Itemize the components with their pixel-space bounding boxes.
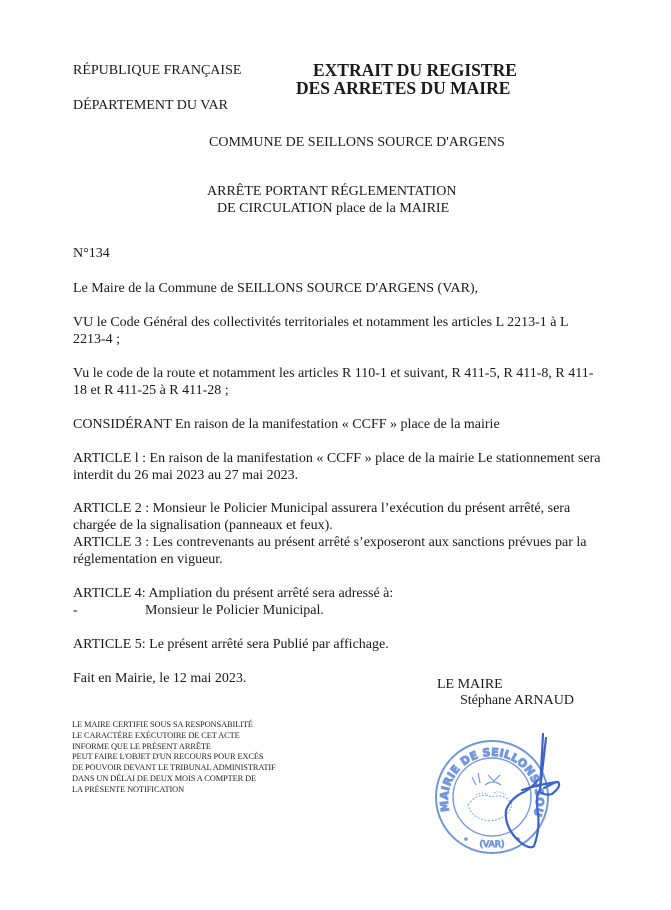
fait-en-mairie-date: Fait en Mairie, le 12 mai 2023.	[73, 670, 603, 687]
commune-heading: COMMUNE DE SEILLONS SOURCE D'ARGENS	[209, 134, 505, 151]
recipient-text: Monsieur le Policier Municipal.	[145, 602, 324, 619]
departement-label: DÉPARTEMENT DU VAR	[73, 97, 228, 114]
considerant-paragraph: CONSIDÉRANT En raison de la manifestatio…	[73, 416, 603, 433]
vu-code-route-paragraph: Vu le code de la route et notamment les …	[73, 365, 598, 399]
list-dash: -	[73, 602, 145, 619]
article-5-paragraph: ARTICLE 5: Le présent arrêté sera Publié…	[73, 636, 603, 653]
article-4-paragraph: ARTICLE 4: Ampliation du présent arrêté …	[73, 585, 603, 602]
intro-paragraph: Le Maire de la Commune de SEILLONS SOURC…	[73, 280, 603, 297]
arrete-title-line1: ARRÊTE PORTANT RÉGLEMENTATION	[207, 183, 456, 200]
republique-francaise-label: RÉPUBLIQUE FRANÇAISE	[73, 62, 241, 79]
article-1-paragraph: ARTICLE l : En raison de la manifestatio…	[73, 450, 613, 484]
legal-certification-note: LE MAIRE CERTIFIE SOUS SA RESPONSABILITÉ…	[72, 720, 276, 796]
legal-note-line: DANS UN DÉLAI DE DEUX MOIS A COMPTER DE	[72, 774, 276, 785]
article-3-paragraph: ARTICLE 3 : Les contrevenants au présent…	[73, 534, 603, 568]
arrete-number: N°134	[73, 245, 110, 262]
signatory-role: LE MAIRE	[437, 676, 503, 693]
legal-note-line: LE MAIRE CERTIFIE SOUS SA RESPONSABILITÉ	[72, 720, 276, 731]
legal-note-line: INFORME QUE LE PRÉSENT ARRÊTE	[72, 742, 276, 753]
legal-note-line: DE POUVOIR DEVANT LE TRIBUNAL ADMINISTRA…	[72, 763, 276, 774]
legal-note-line: LE CARACTÈRE EXÉCUTOIRE DE CET ACTE	[72, 731, 276, 742]
arrete-title-line2: DE CIRCULATION place de la MAIRIE	[217, 200, 449, 217]
legal-note-line: PEUT FAIRE L'OBJET D'UN RECOURS POUR EXC…	[72, 752, 276, 763]
article-4-recipient-item: - Monsieur le Policier Municipal.	[73, 602, 603, 619]
signatory-name: Stéphane ARNAUD	[460, 692, 574, 709]
vu-cgct-paragraph: VU le Code Général des collectivités ter…	[73, 314, 593, 348]
registre-title-line2: DES ARRETES DU MAIRE	[296, 79, 510, 98]
mayor-signature-icon	[500, 730, 580, 860]
legal-note-line: LA PRÉSENTE NOTIFICATION	[72, 785, 276, 796]
article-2-paragraph: ARTICLE 2 : Monsieur le Policier Municip…	[73, 500, 593, 534]
